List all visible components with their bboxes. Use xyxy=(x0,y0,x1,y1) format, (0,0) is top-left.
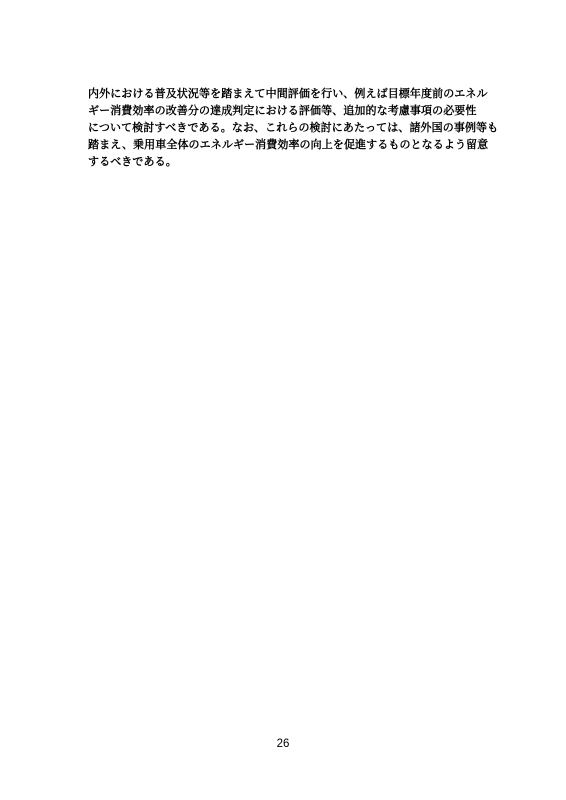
paragraph-line-3: について検討すべきである。なお、これらの検討にあたっては、諸外国の事例等も xyxy=(88,120,500,137)
page-number: 26 xyxy=(0,738,566,750)
paragraph-line-4: 踏まえ、乗用車全体のエネルギー消費効率の向上を促進するものとなるよう留意 xyxy=(88,137,500,154)
paragraph-line-2: ギー消費効率の改善分の達成判定における評価等、追加的な考慮事項の必要性 xyxy=(88,103,500,120)
body-paragraph: 内外における普及状況等を踏まえて中間評価を行い、例えば目標年度前のエネル ギー消… xyxy=(88,86,500,171)
paragraph-line-1: 内外における普及状況等を踏まえて中間評価を行い、例えば目標年度前のエネル xyxy=(88,86,500,103)
paragraph-line-5: するべきである。 xyxy=(88,154,500,171)
document-page: 内外における普及状況等を踏まえて中間評価を行い、例えば目標年度前のエネル ギー消… xyxy=(0,0,566,800)
